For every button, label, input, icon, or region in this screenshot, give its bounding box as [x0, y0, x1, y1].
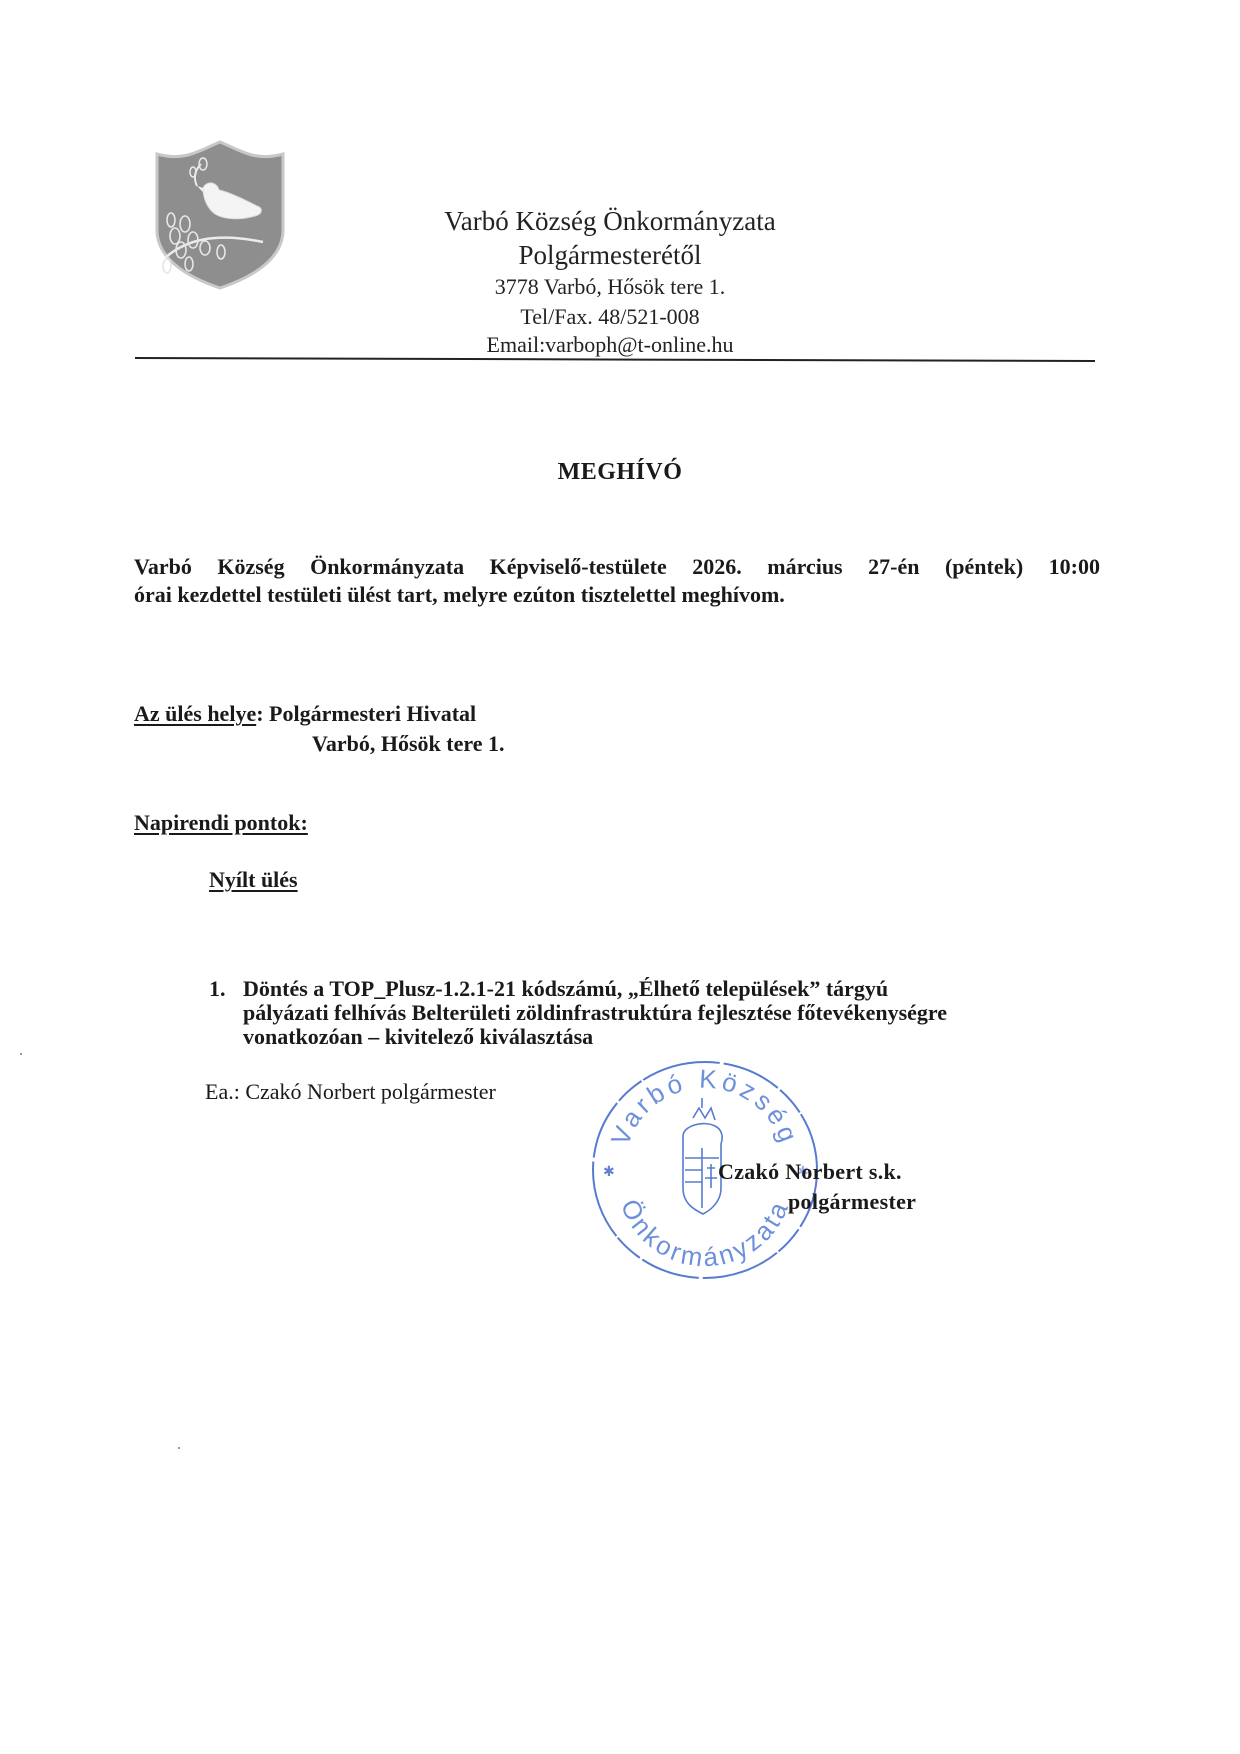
scan-speck	[20, 1053, 22, 1055]
signatory-name: Czakó Norbert s.k.	[718, 1157, 916, 1187]
svg-text:Varbó Község: Varbó Község	[605, 1064, 805, 1150]
agenda-item-line: vonatkozóan – kivitelező kiválasztása	[243, 1025, 1059, 1049]
phone: Tel/Fax. 48/521-008	[400, 304, 820, 330]
invitation-line-2: órai kezdettel testületi ülést tart, mel…	[134, 581, 1100, 609]
address: 3778 Varbó, Hősök tere 1.	[400, 274, 820, 300]
venue-label: Az ülés helye	[134, 701, 256, 726]
org-name: Varbó Község Önkormányzata	[400, 206, 820, 237]
dove-crest-icon	[145, 140, 295, 290]
document-title: MEGHÍVÓ	[420, 459, 820, 486]
agenda-heading: Napirendi pontok:	[134, 810, 308, 836]
signature-block: Czakó Norbert s.k. polgármester	[718, 1157, 916, 1217]
header-divider	[135, 357, 1095, 362]
presenter: Ea.: Czakó Norbert polgármester	[205, 1079, 496, 1105]
office-name: Polgármesterétől	[400, 240, 820, 271]
venue-line-1: Polgármesteri Hivatal	[264, 701, 477, 726]
venue-separator: :	[256, 701, 263, 726]
agenda-item-line: Döntés a TOP_Plusz-1.2.1-21 kódszámú, „É…	[243, 977, 1059, 1001]
invitation-line-1: Varbó Község Önkormányzata Képviselő-tes…	[134, 553, 1100, 581]
agenda-item-number: 1.	[209, 977, 226, 1001]
agenda-item: 1. Döntés a TOP_Plusz-1.2.1-21 kódszámú,…	[209, 977, 1059, 1049]
venue-block: Az ülés helye: Polgármesteri Hivatal Var…	[134, 699, 505, 759]
agenda-item-line: pályázati felhívás Belterületi zöldinfra…	[243, 1001, 1059, 1025]
session-heading: Nyílt ülés	[209, 867, 298, 893]
invitation-paragraph: Varbó Község Önkormányzata Képviselő-tes…	[134, 553, 1100, 609]
scan-speck	[178, 1447, 180, 1449]
svg-text:✱: ✱	[603, 1165, 615, 1180]
signatory-role: polgármester	[718, 1187, 916, 1217]
venue-line-2: Varbó, Hősök tere 1.	[134, 729, 505, 759]
email: Email:varboph@t-online.hu	[400, 332, 820, 358]
